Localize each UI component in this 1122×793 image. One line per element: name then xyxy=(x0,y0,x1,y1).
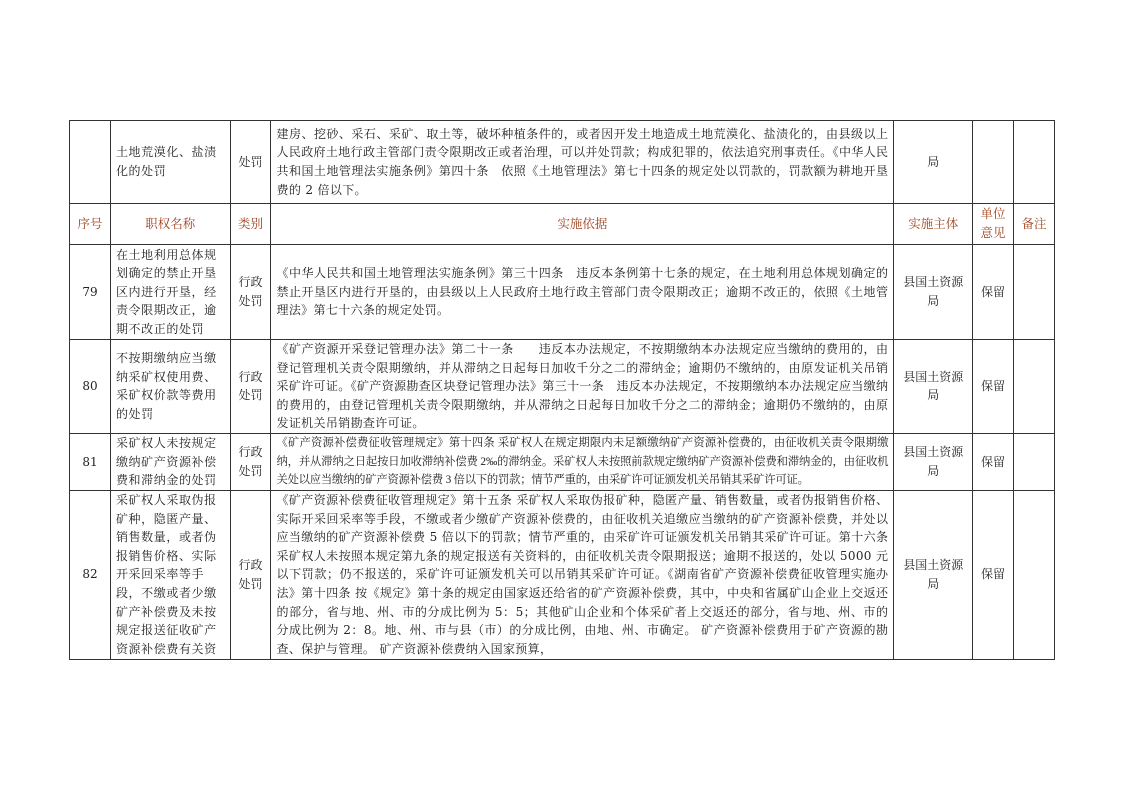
header-body: 实施主体 xyxy=(894,204,973,245)
cell-body: 局 xyxy=(894,121,973,204)
table-row: 81 采矿权人未按规定缴纳矿产资源补偿费和滞纳金的处罚 行政处罚 《矿产资源补偿… xyxy=(70,433,1055,490)
cell-type: 行政处罚 xyxy=(230,490,271,659)
cell-opinion xyxy=(973,121,1014,204)
cell-type: 行政处罚 xyxy=(230,433,271,490)
cell-body: 县国土资源局 xyxy=(894,433,973,490)
cell-note xyxy=(1013,340,1054,434)
header-basis: 实施依据 xyxy=(271,204,894,245)
cell-name: 在土地利用总体规划确定的禁止开垦区内进行开垦，经责令限期改正，逾期不改正的处罚 xyxy=(110,245,230,340)
cell-no: 82 xyxy=(70,490,111,659)
header-opinion-line1: 单位 xyxy=(978,205,1008,224)
table-row: 80 不按期缴纳应当缴纳采矿权使用费、采矿权价款等费用的处罚 行政处罚 《矿产资… xyxy=(70,340,1055,434)
cell-name: 采矿权人采取伪报矿种，隐匿产量、销售数量，或者伪报销售价格、实际开采回采率等手段… xyxy=(110,490,230,659)
header-note: 备注 xyxy=(1013,204,1054,245)
cell-no xyxy=(70,121,111,204)
cell-body: 县国土资源局 xyxy=(894,245,973,340)
cell-no: 80 xyxy=(70,340,111,434)
header-type: 类别 xyxy=(230,204,271,245)
cell-note xyxy=(1013,121,1054,204)
cell-name: 土地荒漠化、盐渍化的处罚 xyxy=(110,121,230,204)
table-row-continued: 土地荒漠化、盐渍化的处罚 处罚 建房、挖砂、采石、采矿、取土等，破坏种植条件的，… xyxy=(70,121,1055,204)
cell-note xyxy=(1013,433,1054,490)
header-opinion-line2: 意见 xyxy=(978,224,1008,243)
cell-type: 行政处罚 xyxy=(230,340,271,434)
header-name: 职权名称 xyxy=(110,204,230,245)
cell-no: 79 xyxy=(70,245,111,340)
cell-basis: 《中华人民共和国土地管理法实施条例》第三十四条 违反本条例第十七条的规定，在土地… xyxy=(271,245,894,340)
authority-table: 土地荒漠化、盐渍化的处罚 处罚 建房、挖砂、采石、采矿、取土等，破坏种植条件的，… xyxy=(69,120,1055,660)
cell-opinion: 保留 xyxy=(973,340,1014,434)
header-no: 序号 xyxy=(70,204,111,245)
cell-type: 处罚 xyxy=(230,121,271,204)
cell-type: 行政处罚 xyxy=(230,245,271,340)
table-header-row: 序号 职权名称 类别 实施依据 实施主体 单位 意见 备注 xyxy=(70,204,1055,245)
cell-basis: 建房、挖砂、采石、采矿、取土等，破坏种植条件的，或者因开发土地造成土地荒漠化、盐… xyxy=(271,121,894,204)
cell-note xyxy=(1013,490,1054,659)
cell-opinion: 保留 xyxy=(973,490,1014,659)
header-opinion: 单位 意见 xyxy=(973,204,1014,245)
cell-no: 81 xyxy=(70,433,111,490)
cell-opinion: 保留 xyxy=(973,245,1014,340)
cell-basis: 《矿产资源补偿费征收管理规定》第十五条 采矿权人采取伪报矿种，隐匿产量、销售数量… xyxy=(271,490,894,659)
cell-basis: 《矿产资源补偿费征收管理规定》第十四条 采矿权人在规定期限内未足额缴纳矿产资源补… xyxy=(271,433,894,490)
cell-body: 县国土资源局 xyxy=(894,340,973,434)
cell-name: 采矿权人未按规定缴纳矿产资源补偿费和滞纳金的处罚 xyxy=(110,433,230,490)
cell-note xyxy=(1013,245,1054,340)
table-row: 82 采矿权人采取伪报矿种，隐匿产量、销售数量，或者伪报销售价格、实际开采回采率… xyxy=(70,490,1055,659)
table-row: 79 在土地利用总体规划确定的禁止开垦区内进行开垦，经责令限期改正，逾期不改正的… xyxy=(70,245,1055,340)
cell-body: 县国土资源局 xyxy=(894,490,973,659)
cell-opinion: 保留 xyxy=(973,433,1014,490)
cell-name: 不按期缴纳应当缴纳采矿权使用费、采矿权价款等费用的处罚 xyxy=(110,340,230,434)
cell-basis: 《矿产资源开采登记管理办法》第二十一条 违反本办法规定，不按期缴纳本办法规定应当… xyxy=(271,340,894,434)
